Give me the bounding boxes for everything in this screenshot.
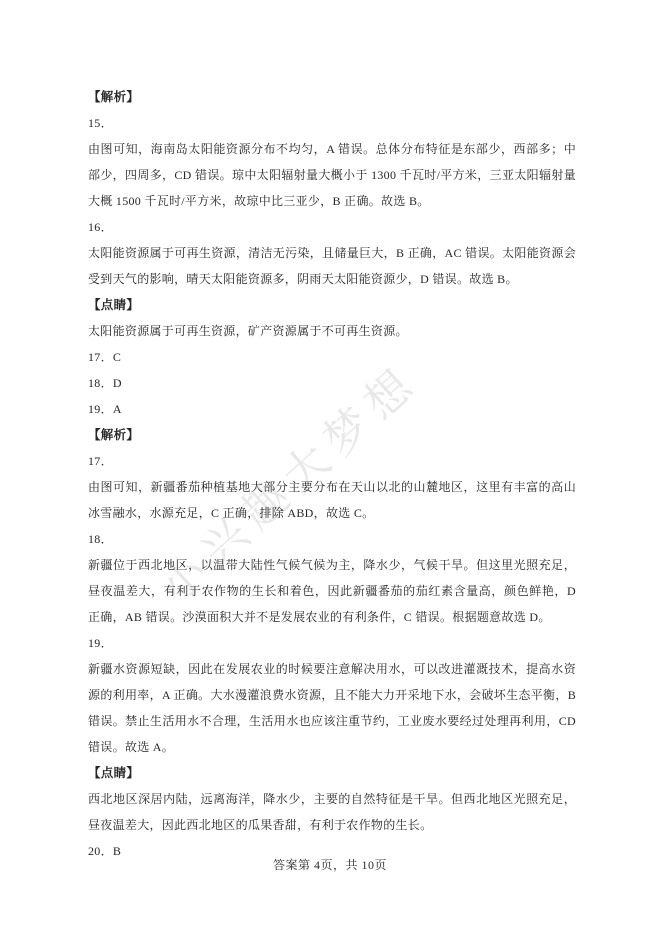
answer-sheet-page: 小兴趣大梦想 【解析】 15． 由图可知，海南岛太阳能资源分布不均匀，A 错误。… (0, 0, 660, 934)
section-header: 【解析】 (88, 84, 576, 110)
answer-line-18: 18．D (88, 370, 576, 396)
footer-page-number: 答案第 4页，共 10页 (0, 856, 660, 873)
explanation-paragraph: 由图可知，新疆番茄种植基地大部分主要分布在天山以北的山麓地区，这里有丰富的高山冰… (88, 474, 576, 526)
section-header: 【点睛】 (88, 760, 576, 786)
answer-line-19: 19．A (88, 396, 576, 422)
answer-line-17: 17．C (88, 344, 576, 370)
question-number-17: 17． (88, 448, 576, 474)
document-body: 【解析】 15． 由图可知，海南岛太阳能资源分布不均匀，A 错误。总体分布特征是… (88, 84, 576, 864)
section-header: 【点睛】 (88, 292, 576, 318)
section-header: 【解析】 (88, 422, 576, 448)
tip-paragraph: 西北地区深居内陆，远离海洋，降水少，主要的自然特征是干旱。但西北地区光照充足，昼… (88, 786, 576, 838)
explanation-paragraph: 新疆水资源短缺，因此在发展农业的时候要注意解决用水，可以改进灌溉技术，提高水资源… (88, 656, 576, 760)
question-number-16: 16． (88, 214, 576, 240)
explanation-paragraph: 由图可知，海南岛太阳能资源分布不均匀，A 错误。总体分布特征是东部少，西部多；中… (88, 136, 576, 214)
tip-paragraph: 太阳能资源属于可再生资源，矿产资源属于不可再生资源。 (88, 318, 576, 344)
question-number-19: 19． (88, 630, 576, 656)
question-number-15: 15． (88, 110, 576, 136)
explanation-paragraph: 新疆位于西北地区，以温带大陆性气候气候为主，降水少，气候干旱。但这里光照充足，昼… (88, 552, 576, 630)
explanation-paragraph: 太阳能资源属于可再生资源，清洁无污染，且储量巨大，B 正确，AC 错误。太阳能资… (88, 240, 576, 292)
question-number-18: 18． (88, 526, 576, 552)
